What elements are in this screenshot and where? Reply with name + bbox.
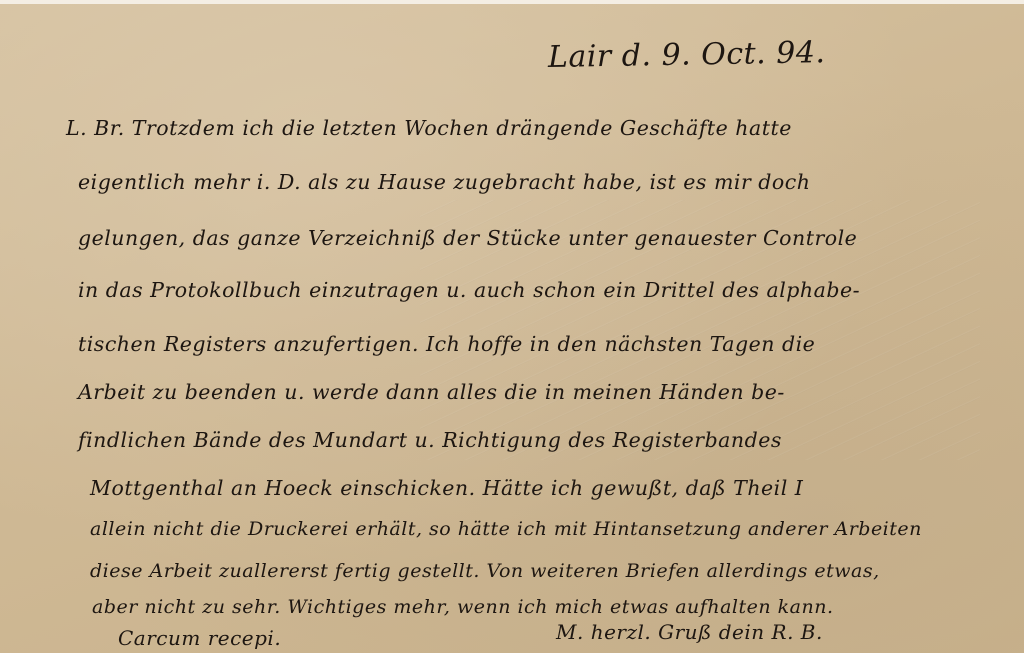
body-line-4: in das Protokollbuch einzutragen u. auch… (78, 278, 860, 302)
body-line-8: Mottgenthal an Hoeck einschicken. Hätte … (90, 476, 803, 500)
body-line-1: L. Br. Trotzdem ich die letzten Wochen d… (66, 116, 792, 140)
body-line-5: tischen Registers anzufertigen. Ich hoff… (78, 332, 815, 356)
dateline: Lair d. 9. Oct. 94. (548, 35, 826, 75)
postscript: Carcum recepi. (118, 626, 281, 650)
body-line-6: Arbeit zu beenden u. werde dann alles di… (78, 380, 785, 404)
body-line-11: aber nicht zu sehr. Wichtiges mehr, wenn… (92, 596, 833, 618)
body-line-10: diese Arbeit zuallererst fertig gestellt… (90, 560, 880, 582)
body-line-9: allein nicht die Druckerei erhält, so hä… (90, 518, 922, 540)
body-line-7: findlichen Bände des Mundart u. Richtigu… (78, 428, 782, 452)
signature-closing: M. herzl. Gruß dein R. B. (556, 620, 823, 644)
body-line-3: gelungen, das ganze Verzeichniß der Stüc… (78, 226, 857, 250)
letter-paper: Lair d. 9. Oct. 94. L. Br. Trotzdem ich … (0, 0, 1024, 653)
body-line-2: eigentlich mehr i. D. als zu Hause zugeb… (78, 170, 810, 194)
